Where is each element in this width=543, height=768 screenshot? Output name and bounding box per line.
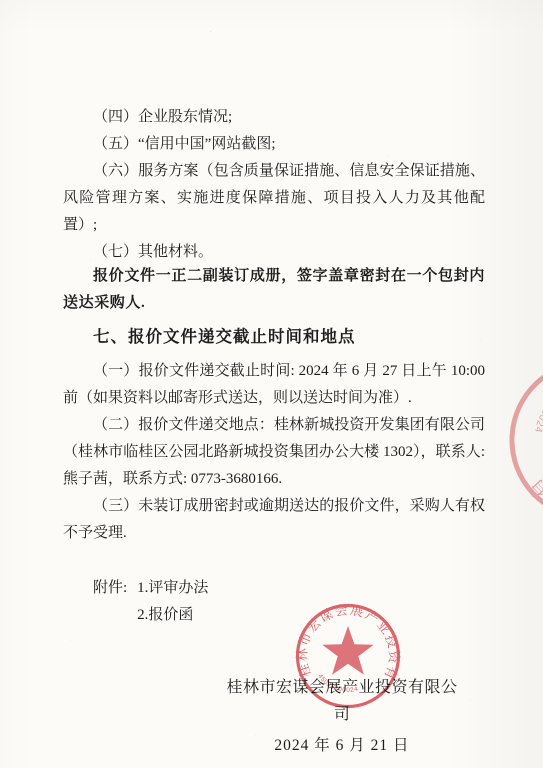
list-item-5: （五）“信用中国”网站截图; <box>63 131 485 158</box>
seal-company-text: 桂林市宏谋会展产业投资有限公司 <box>518 336 543 553</box>
attachments-block: 附件: 1.评审办法 2.报价函 <box>93 575 485 629</box>
clause-rejection: （三）未装订成册密封或逾期送达的报价文件，采购人有权不予受理. <box>63 493 485 547</box>
seal-border-circle <box>486 336 543 543</box>
clause-deadline: （一）报价文件递交截止时间: 2024 年 6 月 27 日上午 10:00 前… <box>63 358 485 412</box>
section-heading: 七、报价文件递交截止时间和地点 <box>63 324 485 351</box>
attachment-item-1: 1.评审办法 <box>137 575 208 602</box>
attachment-item-2: 2.报价函 <box>137 602 208 629</box>
list-item-7: （七）其他材料。 <box>63 239 485 266</box>
company-seal: 桂林市宏谋会展产业投资有限公司 45038200024 <box>293 601 403 711</box>
attachments-list: 1.评审办法 2.报价函 <box>137 575 208 629</box>
signature-date: 2024 年 6 月 21 日 <box>223 732 461 759</box>
scanned-document-page: （四）企业股东情况; （五）“信用中国”网站截图; （六）服务方案（包含质量保证… <box>0 0 543 768</box>
binding-instruction: 报价文件一正二副装订成册，签字盖章密封在一个包封内送达采购人. <box>63 263 485 317</box>
seal-star-icon <box>322 626 373 675</box>
scan-noise-speckles <box>0 0 1 1</box>
seal-number-text: 45038200024 <box>316 673 359 694</box>
partial-seal-right-edge: 桂林市宏谋会展产业投资有限公司 45038200024 <box>477 327 543 553</box>
document-body: （四）企业股东情况; （五）“信用中国”网站截图; （六）服务方案（包含质量保证… <box>63 104 485 759</box>
clause-address: （二）报价文件递交地点：桂林新城投资开发集团有限公司（桂林市临桂区公园北路新城投… <box>63 412 485 493</box>
list-item-6: （六）服务方案（包含质量保证措施、信息安全保证措施、风险管理方案、实施进度保障措… <box>63 158 485 239</box>
list-item-4: （四）企业股东情况; <box>63 104 485 131</box>
attachments-label: 附件: <box>93 575 127 629</box>
